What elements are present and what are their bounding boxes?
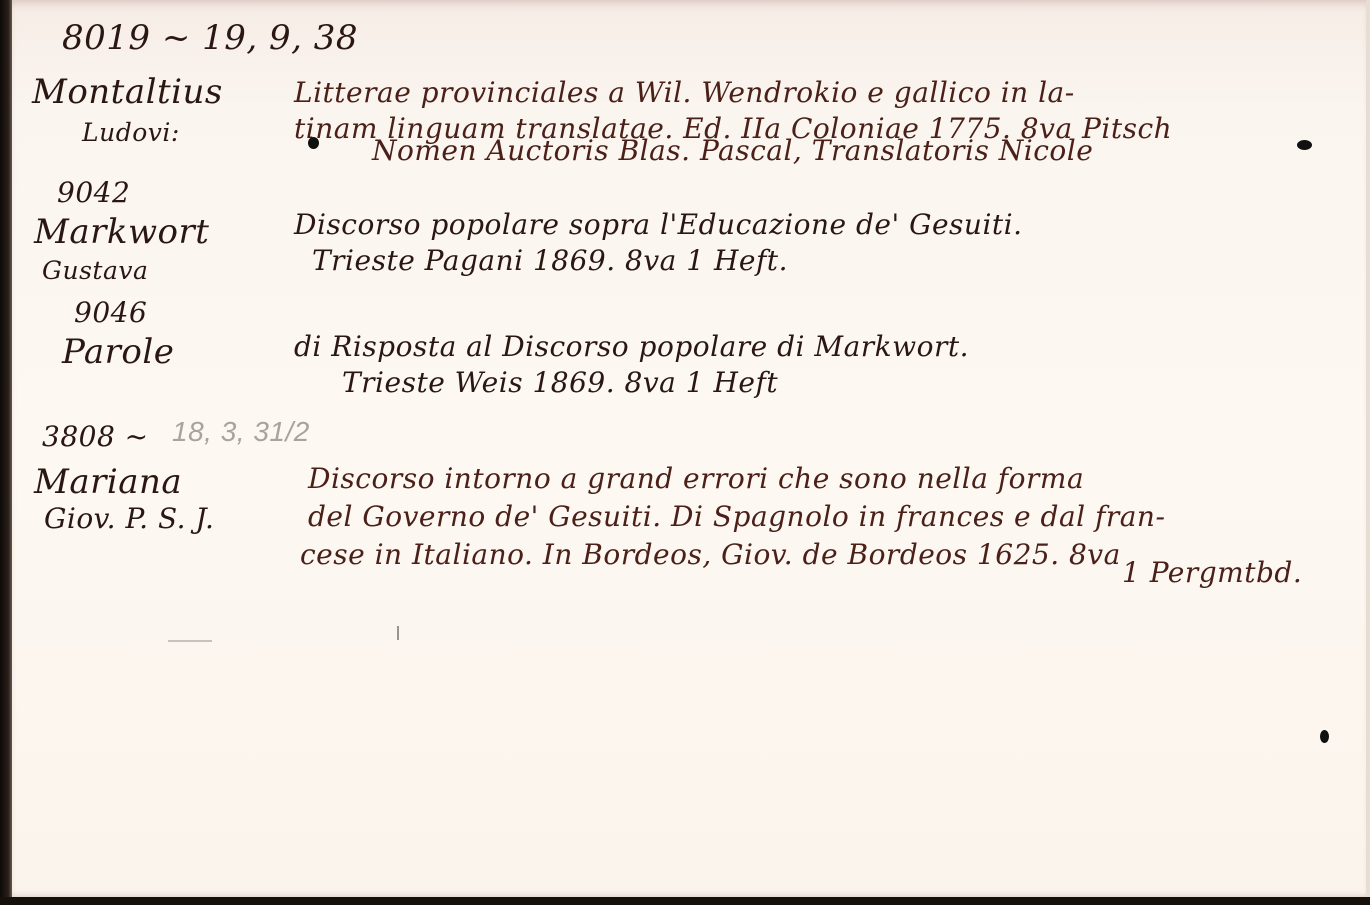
entry-1-line-3: Nomen Auctoris Blas. Pascal, Translatori… (372, 134, 1093, 167)
call-number-1: 8019 ~ 19, 9, 38 (62, 18, 358, 58)
author-4-surname: Mariana (34, 462, 182, 502)
call-number-4: 3808 ~ (42, 420, 149, 453)
author-2-forename: Gustava (42, 256, 148, 285)
pencil-note-4: 18, 3, 31/2 (172, 416, 310, 448)
scan-edge-right (1366, 0, 1370, 905)
entry-4-line-2: del Governo de' Gesuiti. Di Spagnolo in … (308, 500, 1165, 533)
author-1-forename: Ludovi: (82, 118, 180, 147)
entry-1-line-1: Litterae provinciales a Wil. Wendrokio e… (294, 76, 1075, 109)
entry-4-line-4: 1 Pergmtbd. (1122, 556, 1302, 589)
pencil-mark (397, 626, 399, 640)
author-1-surname: Montaltius (32, 72, 223, 112)
entry-2-line-2: Trieste Pagani 1869. 8va 1 Heft. (312, 244, 788, 277)
author-3: Parole (62, 332, 174, 372)
author-2-surname: Markwort (34, 212, 209, 252)
entry-2-line-1: Discorso popolare sopra l'Educazione de'… (294, 208, 1023, 241)
entry-3-line-1: di Risposta al Discorso popolare di Mark… (294, 330, 969, 363)
entry-3-line-2: Trieste Weis 1869. 8va 1 Heft (342, 366, 778, 399)
ink-dot (1320, 730, 1329, 743)
entry-4-line-1: Discorso intorno a grand errori che sono… (308, 462, 1084, 495)
catalog-card: 8019 ~ 19, 9, 38 Montaltius Ludovi: Litt… (12, 0, 1367, 898)
call-number-3: 9046 (74, 296, 147, 329)
ink-dot (308, 137, 319, 149)
scan-edge-bottom (0, 897, 1370, 905)
ink-dot (1297, 140, 1312, 150)
pencil-mark (168, 640, 212, 642)
entry-4-line-3: cese in Italiano. In Bordeos, Giov. de B… (300, 538, 1121, 571)
author-4-forename: Giov. P. S. J. (44, 502, 214, 535)
call-number-2: 9042 (57, 176, 130, 209)
